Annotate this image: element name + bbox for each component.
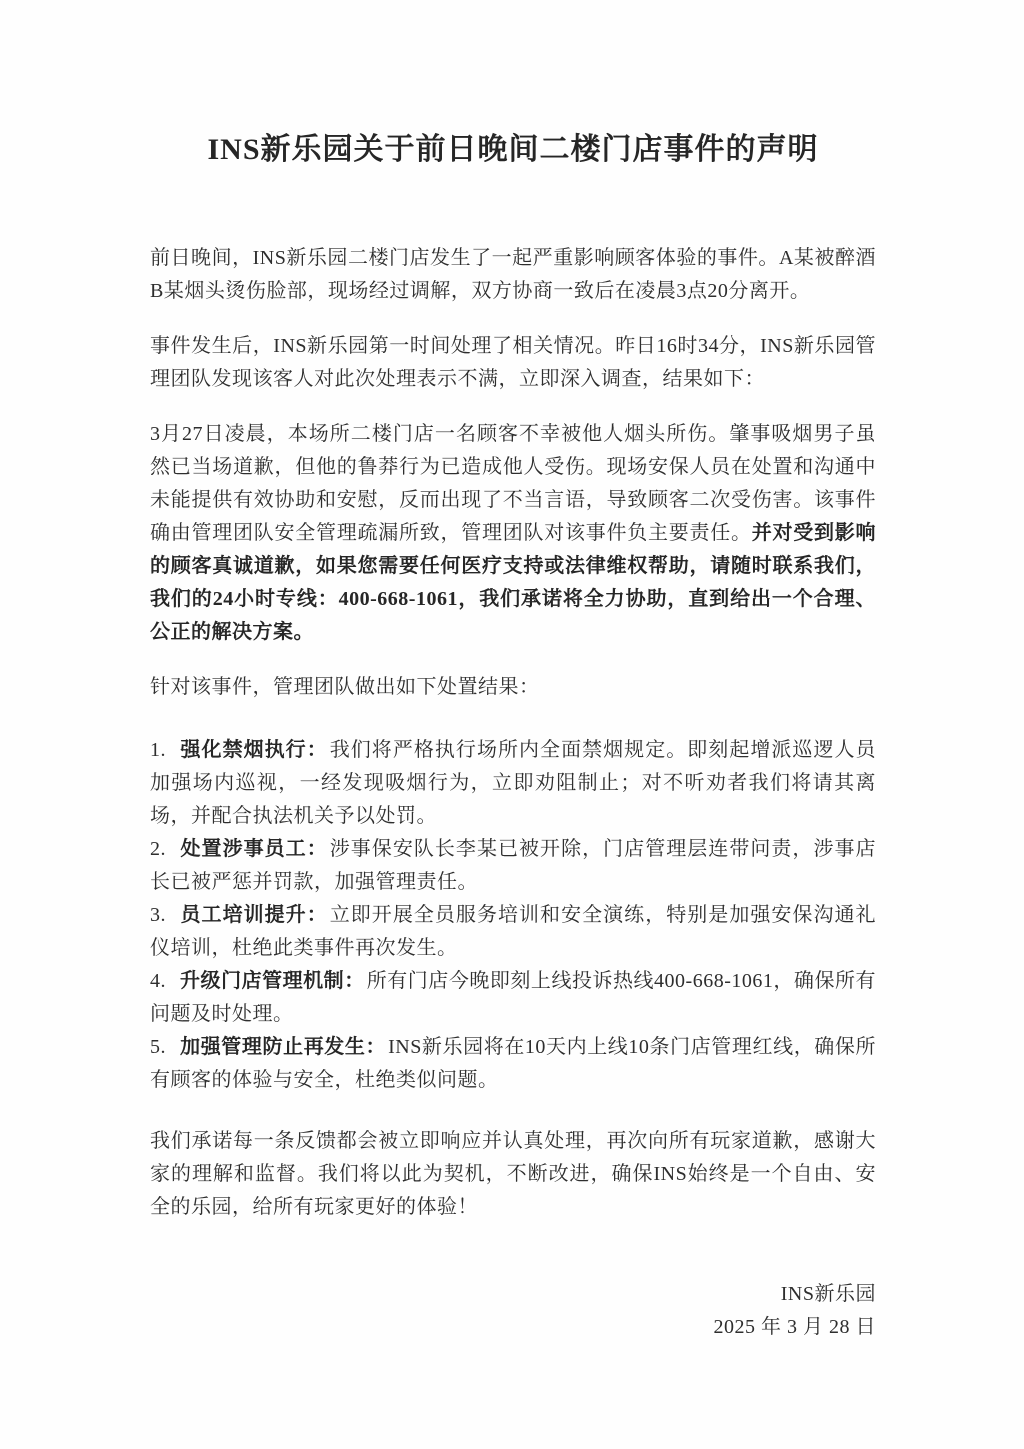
list-item-5: 5.加强管理防止再发生：INS新乐园将在10天内上线10条门店管理红线，确保所有… [150,1031,876,1097]
list-item-2-label: 处置涉事员工： [180,838,328,860]
list-item-3-number: 3. [150,899,166,932]
list-item-2-number: 2. [150,833,166,866]
list-item-3-label: 员工培训提升： [180,904,328,926]
list-item-3: 3.员工培训提升：立即开展全员服务培训和安全演练，特别是加强安保沟通礼仪培训，杜… [150,899,876,965]
signature-name: INS新乐园 [150,1278,876,1311]
list-item-4-label: 升级门店管理机制： [180,970,365,992]
statement-title: INS新乐园关于前日晚间二楼门店事件的声明 [150,0,876,170]
statement-body: 前日晚间，INS新乐园二楼门店发生了一起严重影响顾客体验的事件。A某被醉酒B某烟… [150,242,876,1344]
list-item-5-number: 5. [150,1031,166,1064]
list-item-4: 4.升级门店管理机制：所有门店今晚即刻上线投诉热线400-668-1061，确保… [150,965,876,1031]
list-item-4-number: 4. [150,965,166,998]
list-item-1: 1.强化禁烟执行：我们将严格执行场所内全面禁烟规定。即刻起增派巡逻人员加强场内巡… [150,734,876,833]
paragraph-investigation: 3月27日凌晨，本场所二楼门店一名顾客不幸被他人烟头所伤。肇事吸烟男子虽然已当场… [150,418,876,649]
paragraph-followup: 事件发生后，INS新乐园第一时间处理了相关情况。昨日16时34分，INS新乐园管… [150,330,876,396]
signature-block: INS新乐园 2025 年 3 月 28 日 [150,1278,876,1344]
statement-document: INS新乐园关于前日晚间二楼门店事件的声明 前日晚间，INS新乐园二楼门店发生了… [0,0,1024,1449]
paragraph-measures-intro: 针对该事件，管理团队做出如下处置结果： [150,671,876,704]
list-item-2: 2.处置涉事员工：涉事保安队长李某已被开除，门店管理层连带问责，涉事店长已被严惩… [150,833,876,899]
paragraph-incident-summary: 前日晚间，INS新乐园二楼门店发生了一起严重影响顾客体验的事件。A某被醉酒B某烟… [150,242,876,308]
paragraph-closing: 我们承诺每一条反馈都会被立即响应并认真处理，再次向所有玩家道歉，感谢大家的理解和… [150,1125,876,1224]
list-item-5-label: 加强管理防止再发生： [180,1036,386,1058]
list-item-1-number: 1. [150,734,166,767]
measures-list: 1.强化禁烟执行：我们将严格执行场所内全面禁烟规定。即刻起增派巡逻人员加强场内巡… [150,734,876,1097]
signature-date: 2025 年 3 月 28 日 [150,1311,876,1344]
list-item-1-label: 强化禁烟执行： [180,739,328,761]
